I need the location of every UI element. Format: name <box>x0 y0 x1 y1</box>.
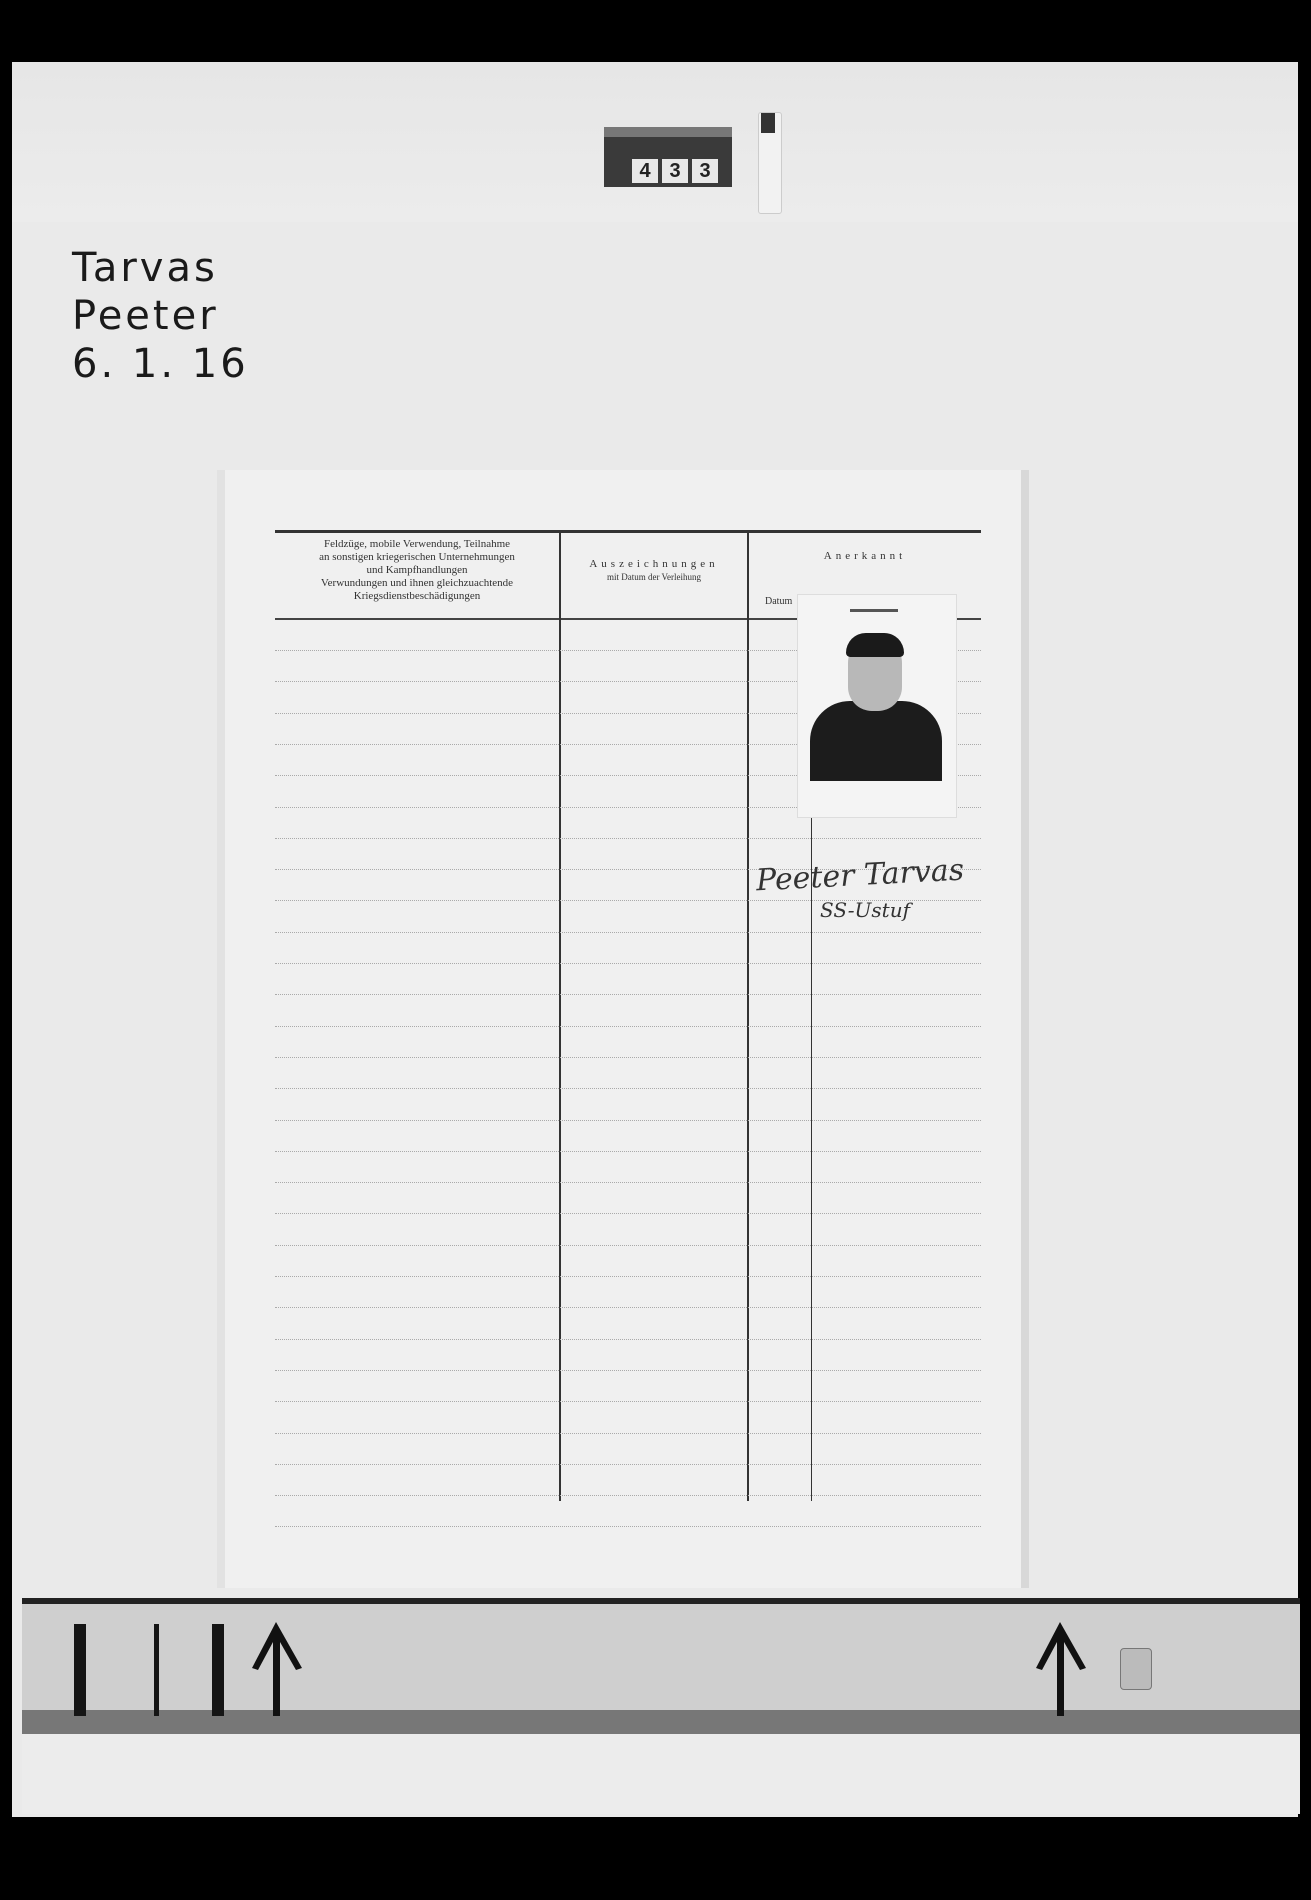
counter-digit: 3 <box>692 159 718 183</box>
dotted-row-line <box>275 963 981 964</box>
header-campaigns: Feldzüge, mobile Verwendung, Teilnahme a… <box>275 538 559 603</box>
dotted-row-line <box>275 1307 981 1308</box>
header-line: und Kampfhandlungen <box>275 564 559 577</box>
dotted-row-line <box>275 1057 981 1058</box>
dotted-row-line <box>275 1433 981 1434</box>
rank-annotation: SS-Ustuf <box>820 898 910 922</box>
up-arrow-icon <box>1030 1618 1090 1718</box>
header-datum: Datum <box>765 596 792 607</box>
header-line: an sonstigen kriegerischen Unternehmunge… <box>275 551 559 564</box>
dotted-row-line <box>275 838 981 839</box>
header-subtitle: mit Datum der Verleihung <box>561 571 747 584</box>
handwritten-label: Tarvas Peeter 6. 1. 16 <box>72 244 249 388</box>
header-title: Anerkannt <box>749 550 981 563</box>
photo-tape <box>850 609 898 612</box>
surname: Tarvas <box>72 244 249 292</box>
scanner-base <box>22 1598 1300 1742</box>
dotted-row-line <box>275 1151 981 1152</box>
dotted-row-line <box>275 1026 981 1027</box>
up-arrow-icon <box>246 1618 306 1718</box>
dotted-row-line <box>275 1182 981 1183</box>
header-line: Verwundungen und ihnen gleichzuachtende <box>275 577 559 590</box>
header-line: Kriegsdienstbeschädigungen <box>275 590 559 603</box>
marker-post <box>154 1624 159 1716</box>
given-name: Peeter <box>72 292 249 340</box>
bottom-strip <box>22 1734 1300 1814</box>
marker-post <box>74 1624 86 1716</box>
counter-digit: 4 <box>632 159 658 183</box>
dotted-row-line <box>275 932 981 933</box>
dotted-row-line <box>275 1088 981 1089</box>
marker-post <box>212 1624 224 1716</box>
hair <box>846 633 904 657</box>
dotted-row-line <box>275 994 981 995</box>
column-divider <box>559 533 561 1501</box>
birth-date: 6. 1. 16 <box>72 340 249 388</box>
dotted-row-line <box>275 1464 981 1465</box>
dotted-row-line <box>275 1495 981 1496</box>
counter-digit: 3 <box>662 159 688 183</box>
dotted-row-line <box>275 1401 981 1402</box>
dotted-row-line <box>275 1120 981 1121</box>
dotted-row-line <box>275 1213 981 1214</box>
table-top-rule <box>275 530 981 533</box>
dotted-row-line <box>275 1370 981 1371</box>
column-divider <box>747 533 749 1501</box>
photo-card <box>797 594 957 818</box>
dotted-row-line <box>275 1526 981 1527</box>
frame-counter: 4 3 3 <box>604 127 732 187</box>
header-recognized: Anerkannt <box>749 550 981 563</box>
header-title: Auszeichnungen <box>561 558 747 571</box>
dotted-row-line <box>275 1245 981 1246</box>
tape-piece <box>1120 1648 1152 1690</box>
header-line: Feldzüge, mobile Verwendung, Teilnahme <box>275 538 559 551</box>
uniform <box>810 701 942 781</box>
paper-clip <box>758 112 782 214</box>
dotted-row-line <box>275 1339 981 1340</box>
header-decorations: Auszeichnungen mit Datum der Verleihung <box>561 558 747 584</box>
portrait-photo <box>810 623 942 781</box>
dotted-row-line <box>275 1276 981 1277</box>
